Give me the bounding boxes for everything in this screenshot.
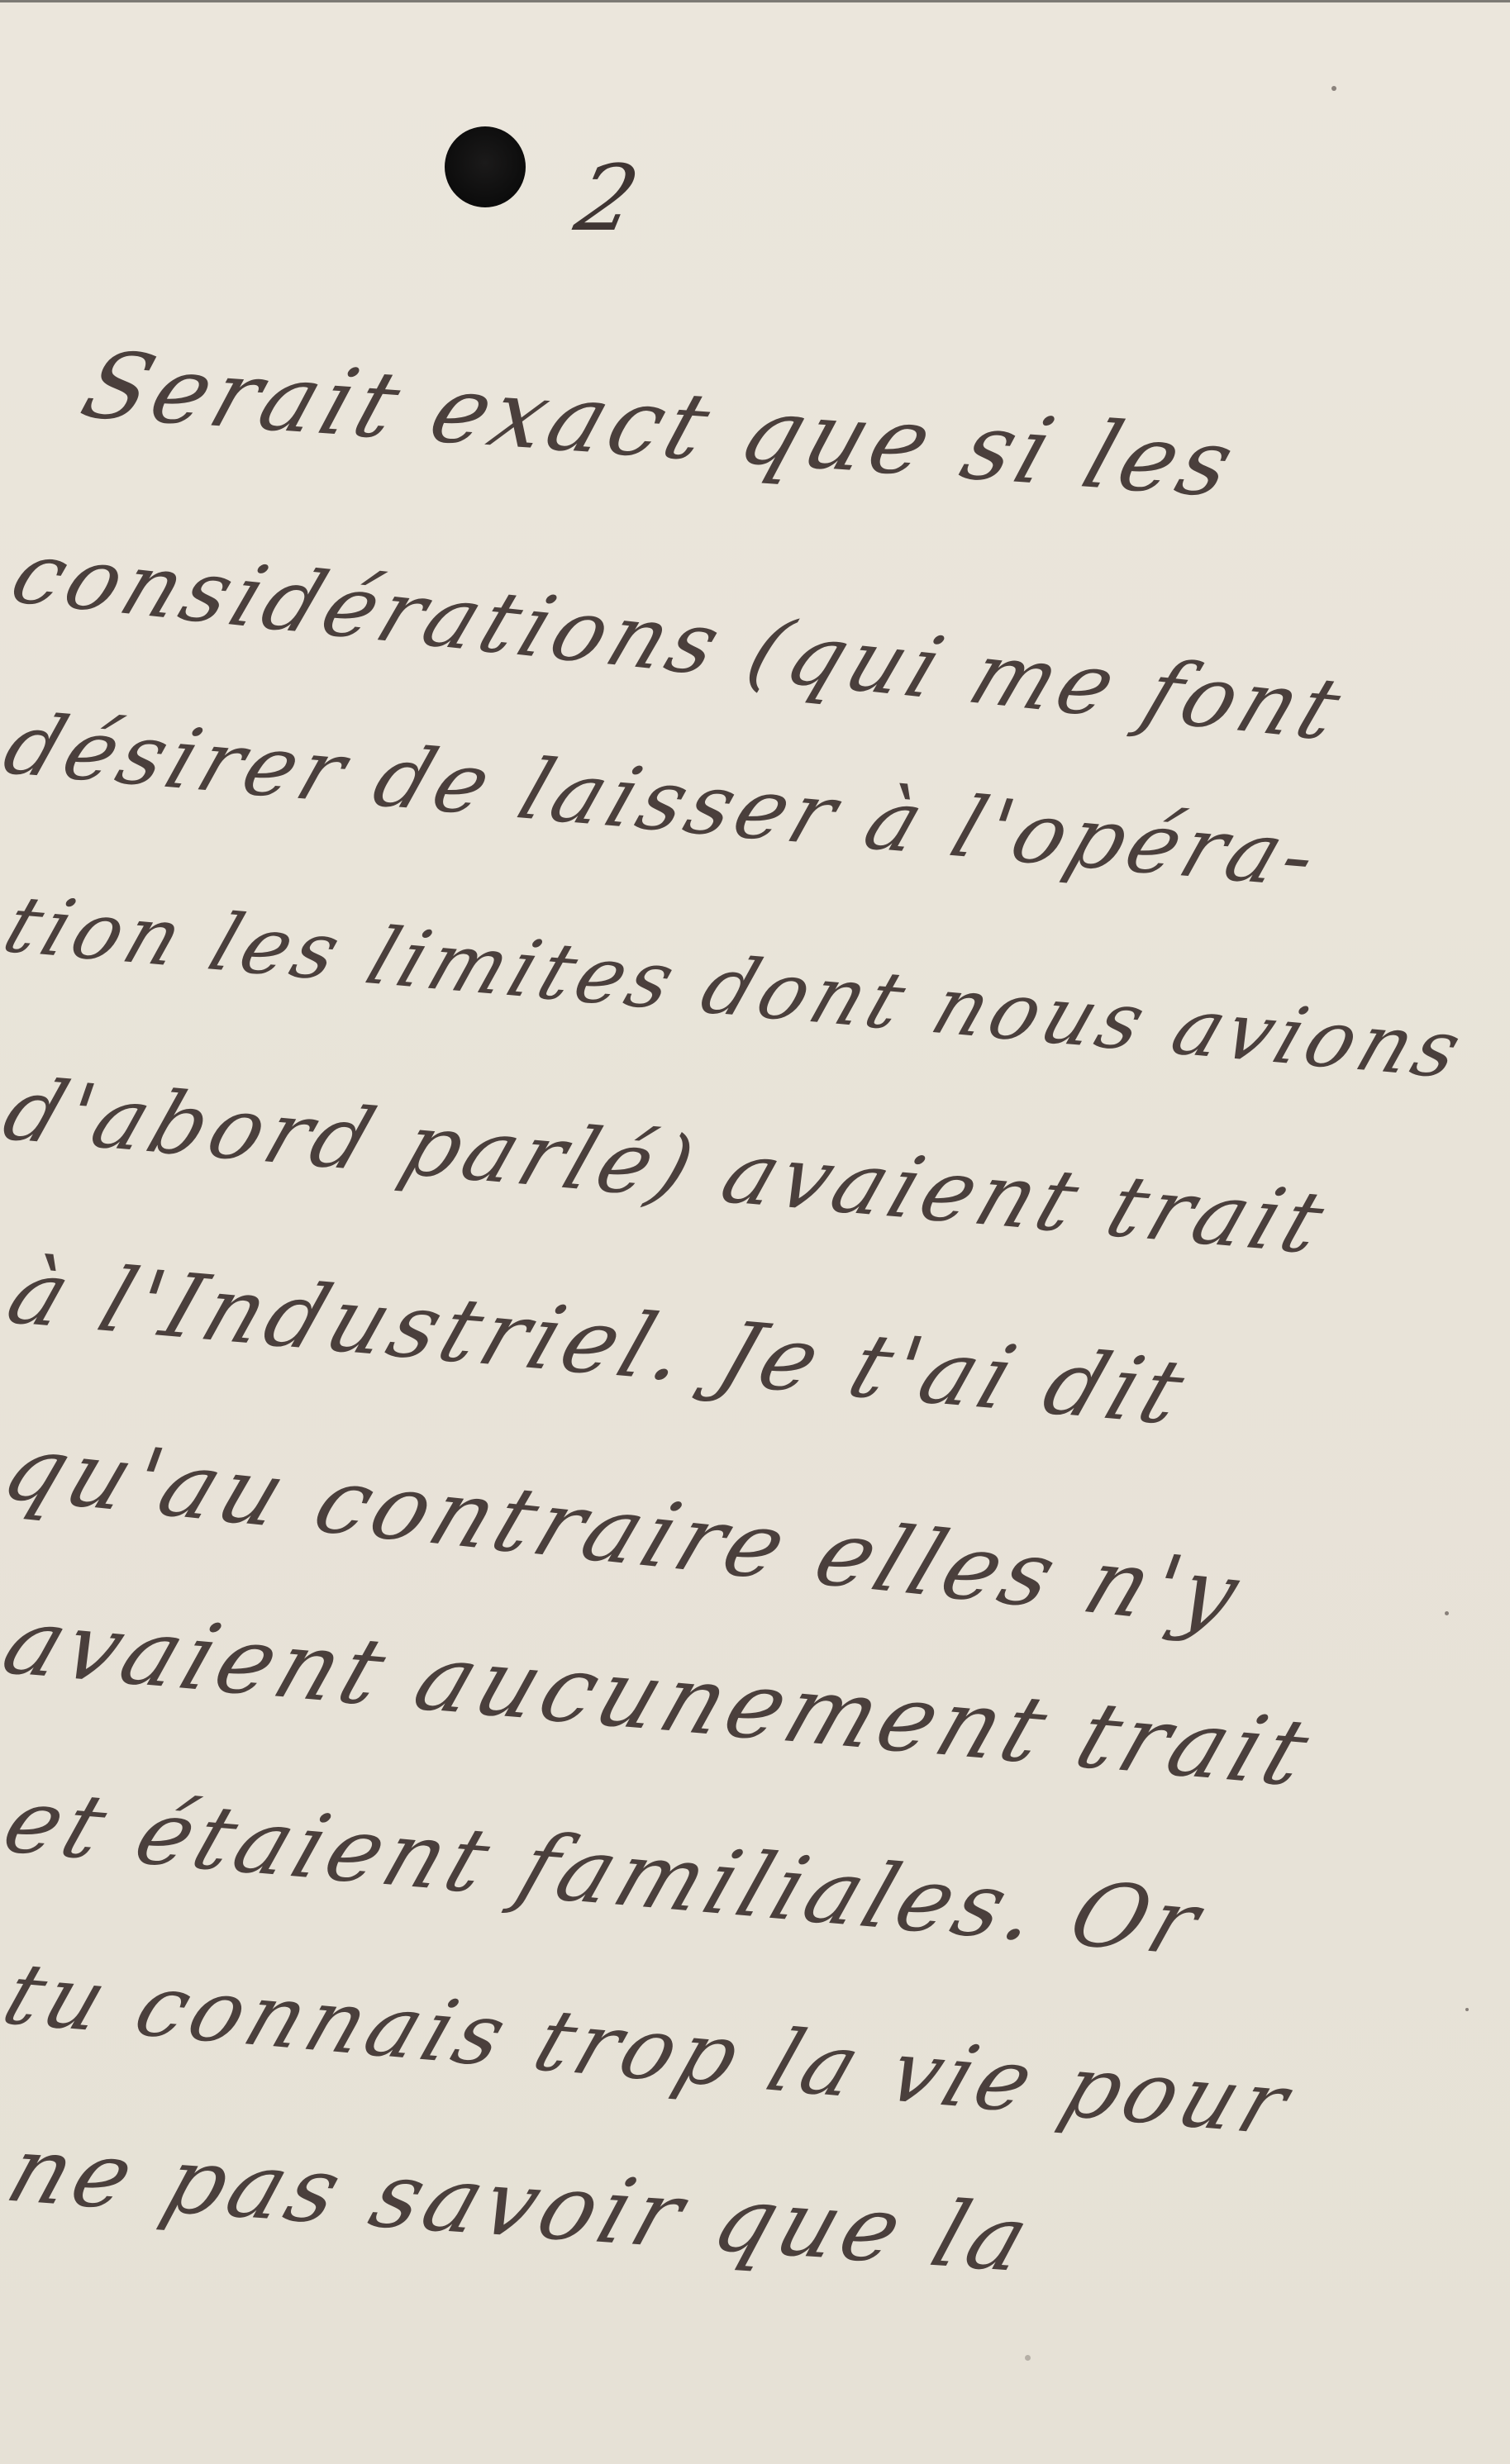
handwritten-line: à l'Industriel. Je t'ai dit	[0, 1249, 1199, 1438]
handwritten-line: tu connais trop la vie pour	[0, 1951, 1303, 2147]
handwritten-line: Serait exact que si les	[72, 340, 1249, 511]
handwritten-line: et étaient familiales. Or	[0, 1777, 1214, 1968]
handwritten-line: tion les limites dont nous avions	[0, 885, 1475, 1089]
letter-page: 2 Serait exact que si les considérations…	[0, 0, 1510, 2464]
page-number: 2	[569, 153, 645, 244]
handwritten-line: ne pas savoir que la	[0, 2124, 1044, 2285]
punch-hole	[445, 126, 526, 207]
handwritten-line: d'abord parlé) avaient trait	[0, 1067, 1339, 1266]
page-top-edge	[0, 0, 1510, 2]
